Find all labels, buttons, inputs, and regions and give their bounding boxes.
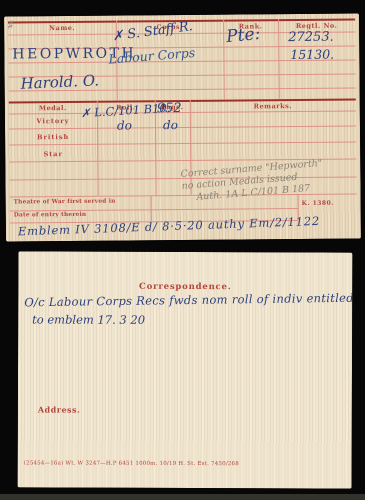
regtl-no-2: 15130.: [290, 47, 334, 62]
column-header-name: Name.: [8, 24, 116, 33]
british-page-ditto: do: [163, 118, 178, 132]
card-ref-code: K. 1380.: [302, 200, 334, 207]
scan-edge-strip: [0, 494, 365, 500]
divider-rank-regtl: [278, 19, 280, 99]
victory-page-entry: 952: [157, 101, 182, 116]
regtl-no-1: 27253.: [288, 30, 334, 45]
remarks-pencil-note: Correct surname "Hepworth" no action Med…: [180, 158, 324, 205]
british-roll-ditto: do: [117, 118, 132, 132]
medal-index-card: Name. Corps. Rank. Regtl. No. Medal. Rol…: [4, 13, 361, 241]
rule-row: [9, 141, 356, 145]
theatre-of-war-label: Theatre of War first served in: [14, 198, 149, 205]
scanned-document-background: Name. Corps. Rank. Regtl. No. Medal. Rol…: [0, 0, 365, 500]
rule-row: [9, 125, 356, 129]
medal-row-label-star: Star: [9, 150, 97, 159]
rule-theatre-row: [10, 208, 298, 212]
forename-handwritten: Harold. O.: [20, 71, 99, 92]
date-of-entry-label: Date of entry therein: [14, 211, 149, 218]
correspondence-card: Correspondence. O/c Labour Corps Recs fw…: [18, 251, 353, 488]
medal-row-label-british: British: [9, 133, 97, 142]
divider-theatre-label: [151, 195, 152, 221]
correspondence-note-line2: to emblem 17. 3 20: [32, 312, 145, 326]
rank-handwritten: Pte:: [225, 24, 261, 47]
printer-code: (25454—16a) Wt. W 3247—H.P 6451 1000m. 1…: [24, 460, 239, 467]
correspondence-note-line1: O/c Labour Corps Recs fwds nom roll of i…: [24, 291, 352, 310]
column-header-remarks: Remarks.: [190, 101, 356, 110]
address-label: Address.: [38, 404, 81, 414]
